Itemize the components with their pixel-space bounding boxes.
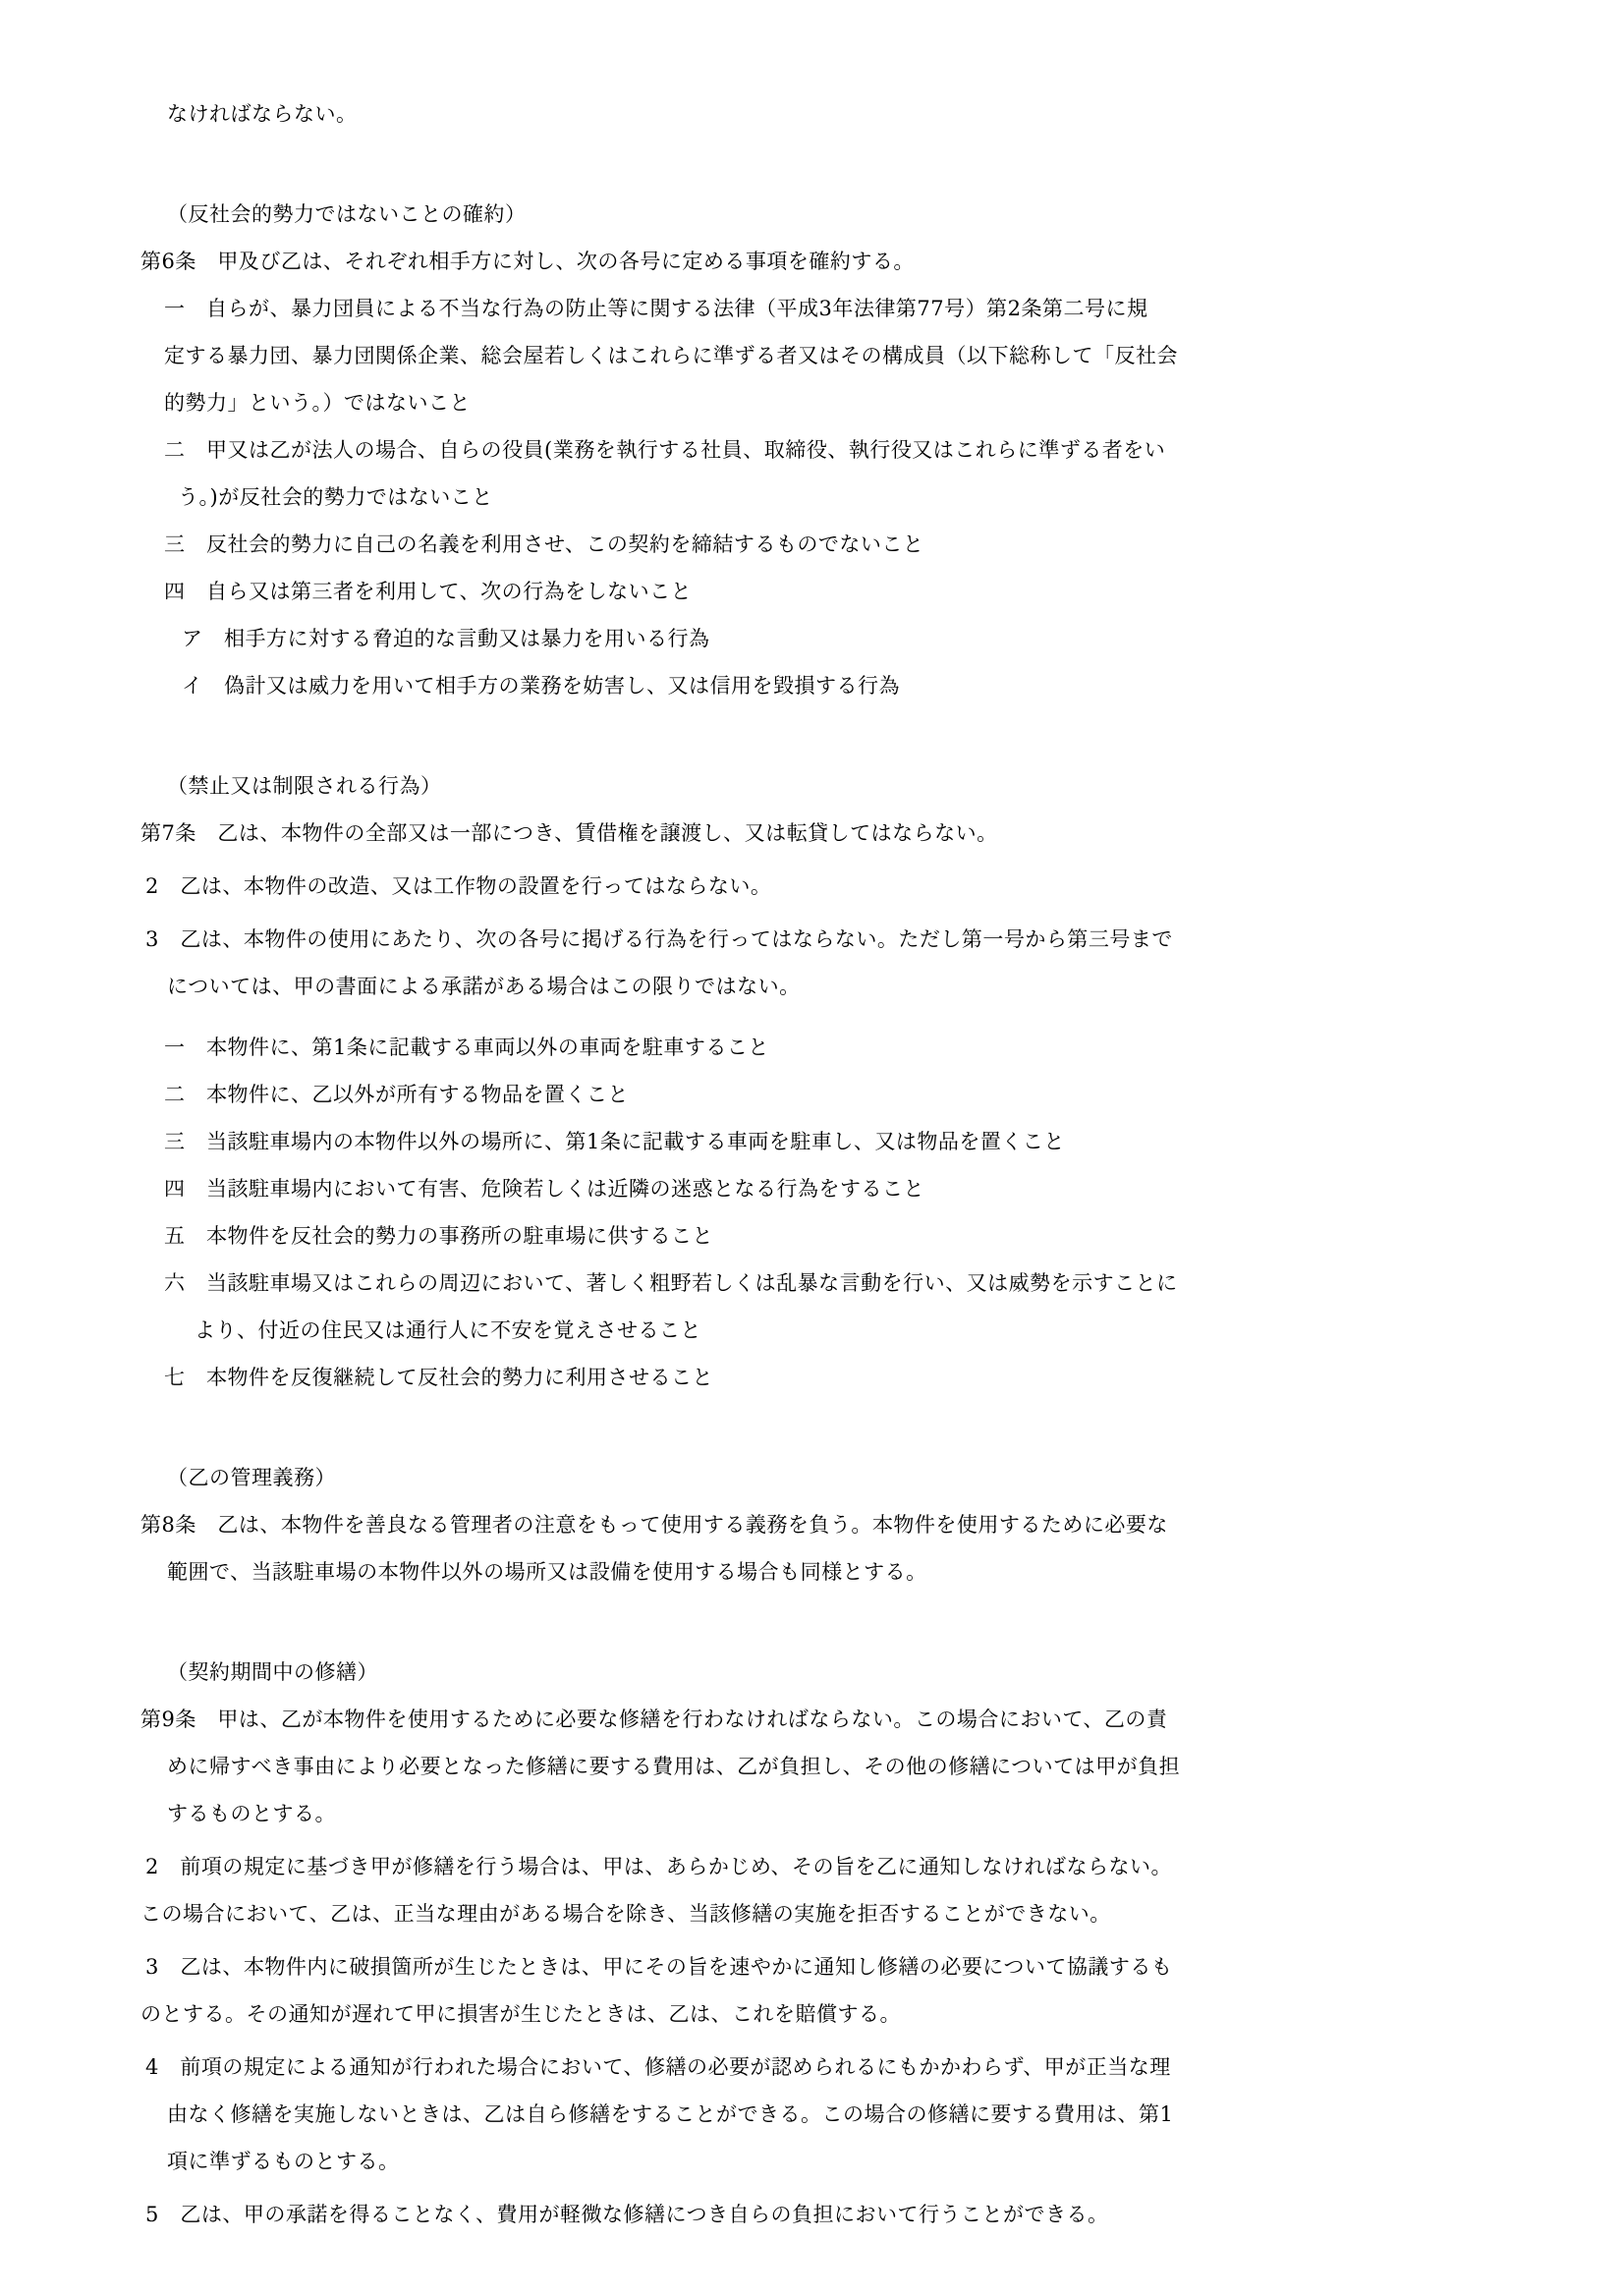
text-line: この場合において、乙は、正当な理由がある場合を除き、当該修繕の実施を拒否すること…	[0, 1890, 1621, 1937]
text-line: については、甲の書面による承諾がある場合はこの限りではない。	[0, 963, 1621, 1010]
blank-line	[0, 709, 1621, 762]
text-line: 二 本物件に、乙以外が所有する物品を置くこと	[0, 1071, 1621, 1118]
text-line: より、付近の住民又は通行人に不安を覚えさせること	[0, 1307, 1621, 1354]
text-line: 由なく修繕を実施しないときは、乙は自ら修繕をすることができる。この場合の修繕に要…	[0, 2091, 1621, 2138]
text-line: 一 本物件に、第1条に記載する車両以外の車両を駐車すること	[0, 1024, 1621, 1071]
text-line: 三 当該駐車場内の本物件以外の場所に、第1条に記載する車両を駐車し、又は物品を置…	[0, 1118, 1621, 1165]
contract-text-body: なければならない。（反社会的勢力ではないことの確約）第6条 甲及び乙は、それぞれ…	[0, 0, 1621, 2238]
text-line: 2 乙は、本物件の改造、又は工作物の設置を行ってはならない。	[0, 863, 1621, 910]
text-line: なければならない。	[0, 90, 1621, 138]
text-line: 四 自ら又は第三者を利用して、次の行為をしないこと	[0, 568, 1621, 615]
text-line: 4 前項の規定による通知が行われた場合において、修繕の必要が認められるにもかかわ…	[0, 2044, 1621, 2091]
text-line: ア 相手方に対する脅迫的な言動又は暴力を用いる行為	[0, 615, 1621, 662]
contract-page: なければならない。（反社会的勢力ではないことの確約）第6条 甲及び乙は、それぞれ…	[0, 0, 1621, 2296]
blank-line	[0, 1596, 1621, 1649]
text-line: 範囲で、当該駐車場の本物件以外の場所又は設備を使用する場合も同様とする。	[0, 1548, 1621, 1596]
text-line: イ 偽計又は威力を用いて相手方の業務を妨害し、又は信用を毀損する行為	[0, 662, 1621, 709]
blank-line	[0, 138, 1621, 191]
text-line: 的勢力」という。）ではないこと	[0, 379, 1621, 426]
text-line: 3 乙は、本物件の使用にあたり、次の各号に掲げる行為を行ってはならない。ただし第…	[0, 916, 1621, 963]
text-line: 5 乙は、甲の承諾を得ることなく、費用が軽微な修繕につき自らの負担において行うこ…	[0, 2191, 1621, 2238]
text-line: 項に準ずるものとする。	[0, 2138, 1621, 2185]
text-line: 二 甲又は乙が法人の場合、自らの役員(業務を執行する社員、取締役、執行役又はこれ…	[0, 426, 1621, 474]
text-line: 3 乙は、本物件内に破損箇所が生じたときは、甲にその旨を速やかに通知し修繕の必要…	[0, 1943, 1621, 1990]
text-line: う。)が反社会的勢力ではないこと	[0, 474, 1621, 521]
blank-line	[0, 1401, 1621, 1454]
text-line: するものとする。	[0, 1790, 1621, 1837]
text-line: （乙の管理義務）	[0, 1454, 1621, 1501]
text-line: 三 反社会的勢力に自己の名義を利用させ、この契約を締結するものでないこと	[0, 521, 1621, 568]
text-line: 2 前項の規定に基づき甲が修繕を行う場合は、甲は、あらかじめ、その旨を乙に通知し…	[0, 1843, 1621, 1890]
text-line: のとする。その通知が遅れて甲に損害が生じたときは、乙は、これを賠償する。	[0, 1990, 1621, 2038]
text-line: （反社会的勢力ではないことの確約）	[0, 191, 1621, 238]
text-line: 第7条 乙は、本物件の全部又は一部につき、賃借権を譲渡し、又は転貸してはならない…	[0, 810, 1621, 857]
text-line: （禁止又は制限される行為）	[0, 762, 1621, 810]
text-line: 第8条 乙は、本物件を善良なる管理者の注意をもって使用する義務を負う。本物件を使…	[0, 1501, 1621, 1548]
text-line: めに帰すべき事由により必要となった修繕に要する費用は、乙が負担し、その他の修繕に…	[0, 1743, 1621, 1790]
text-line: 七 本物件を反復継続して反社会的勢力に利用させること	[0, 1354, 1621, 1401]
text-line: 一 自らが、暴力団員による不当な行為の防止等に関する法律（平成3年法律第77号）…	[0, 285, 1621, 332]
text-line: 定する暴力団、暴力団関係企業、総会屋若しくはこれらに準ずる者又はその構成員（以下…	[0, 332, 1621, 379]
text-line: 第6条 甲及び乙は、それぞれ相手方に対し、次の各号に定める事項を確約する。	[0, 238, 1621, 285]
text-line: 五 本物件を反社会的勢力の事務所の駐車場に供すること	[0, 1212, 1621, 1260]
text-line: 四 当該駐車場内において有害、危険若しくは近隣の迷惑となる行為をすること	[0, 1165, 1621, 1212]
text-line: （契約期間中の修繕）	[0, 1649, 1621, 1696]
text-line: 第9条 甲は、乙が本物件を使用するために必要な修繕を行わなければならない。この場…	[0, 1696, 1621, 1743]
text-line: 六 当該駐車場又はこれらの周辺において、著しく粗野若しくは乱暴な言動を行い、又は…	[0, 1260, 1621, 1307]
